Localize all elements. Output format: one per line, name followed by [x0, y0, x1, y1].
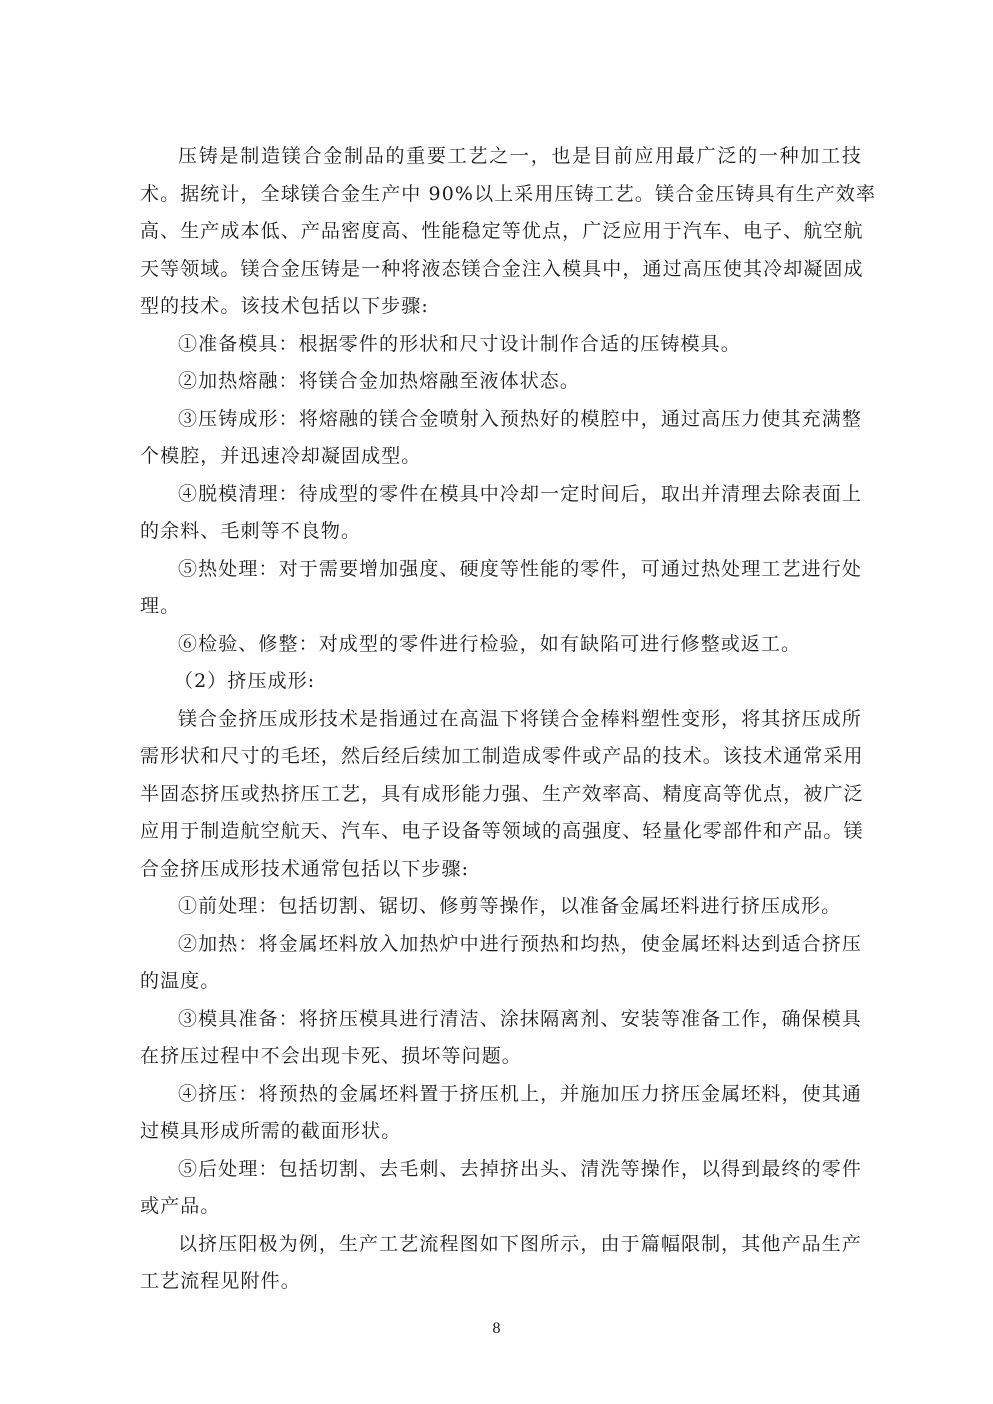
- list-item-step-1: ①准备模具：根据零件的形状和尺寸设计制作合适的压铸模具。: [178, 329, 862, 359]
- document-page: 压铸是制造镁合金制品的重要工艺之一，也是目前应用最广泛的一种加工技 术。据统计，…: [0, 0, 993, 1404]
- list-item-step-3: ③模具准备：将挤压模具进行清洁、涂抹隔离剂、安装等准备工作，确保模具: [178, 1004, 862, 1034]
- page-number: 8: [0, 1320, 993, 1338]
- paragraph-line: 型的技术。该技术包括以下步骤:: [140, 291, 862, 321]
- list-item-step-3-cont: 在挤压过程中不会出现卡死、损坏等问题。: [140, 1041, 862, 1071]
- list-item-step-2-cont: 的温度。: [140, 966, 862, 996]
- paragraph-line: 术。据统计，全球镁合金生产中 90%以上采用压铸工艺。镁合金压铸具有生产效率: [140, 179, 862, 209]
- paragraph-line: 以挤压阳极为例，生产工艺流程图如下图所示，由于篇幅限制，其他产品生产: [178, 1229, 862, 1259]
- list-item-step-4: ④挤压：将预热的金属坯料置于挤压机上，并施加压力挤压金属坯料，使其通: [178, 1079, 862, 1109]
- paragraph-line: 需形状和尺寸的毛坯，然后经后续加工制造成零件或产品的技术。该技术通常采用: [140, 741, 862, 771]
- list-item-step-3-cont: 个模腔，并迅速冷却凝固成型。: [140, 441, 862, 471]
- paragraph-line: 镁合金挤压成形技术是指通过在高温下将镁合金棒料塑性变形，将其挤压成所: [178, 704, 862, 734]
- paragraph-line: 工艺流程见附件。: [140, 1266, 862, 1296]
- list-item-step-2: ②加热熔融：将镁合金加热熔融至液体状态。: [178, 366, 862, 396]
- paragraph-line: 合金挤压成形技术通常包括以下步骤:: [140, 854, 862, 884]
- list-item-step-6: ⑥检验、修整：对成型的零件进行检验，如有缺陷可进行修整或返工。: [178, 629, 862, 659]
- list-item-step-5: ⑤热处理：对于需要增加强度、硬度等性能的零件，可通过热处理工艺进行处: [178, 554, 862, 584]
- paragraph-line: 半固态挤压或热挤压工艺，具有成形能力强、生产效率高、精度高等优点，被广泛: [140, 779, 862, 809]
- list-item-step-3: ③压铸成形：将熔融的镁合金喷射入预热好的模腔中，通过高压力使其充满整: [178, 404, 862, 434]
- paragraph-line: 天等领域。镁合金压铸是一种将液态镁合金注入模具中，通过高压使其冷却凝固成: [140, 254, 862, 284]
- list-item-step-5-cont: 或产品。: [140, 1191, 862, 1221]
- paragraph-line: 高、生产成本低、产品密度高、性能稳定等优点，广泛应用于汽车、电子、航空航: [140, 216, 862, 246]
- list-item-step-5-cont: 理。: [140, 591, 862, 621]
- paragraph-line: 应用于制造航空航天、汽车、电子设备等领域的高强度、轻量化零部件和产品。镁: [140, 816, 862, 846]
- list-item-step-4-cont: 的余料、毛刺等不良物。: [140, 516, 862, 546]
- list-item-step-1: ①前处理：包括切割、锯切、修剪等操作，以准备金属坯料进行挤压成形。: [178, 891, 862, 921]
- paragraph-line: 压铸是制造镁合金制品的重要工艺之一，也是目前应用最广泛的一种加工技: [178, 141, 862, 171]
- list-item-step-5: ⑤后处理：包括切割、去毛刺、去掉挤出头、清洗等操作，以得到最终的零件: [178, 1154, 862, 1184]
- list-item-step-4-cont: 过模具形成所需的截面形状。: [140, 1116, 862, 1146]
- list-item-step-2: ②加热：将金属坯料放入加热炉中进行预热和均热，使金属坯料达到适合挤压: [178, 929, 862, 959]
- section-heading: （2）挤压成形:: [174, 666, 862, 696]
- list-item-step-4: ④脱模清理：待成型的零件在模具中冷却一定时间后，取出并清理去除表面上: [178, 479, 862, 509]
